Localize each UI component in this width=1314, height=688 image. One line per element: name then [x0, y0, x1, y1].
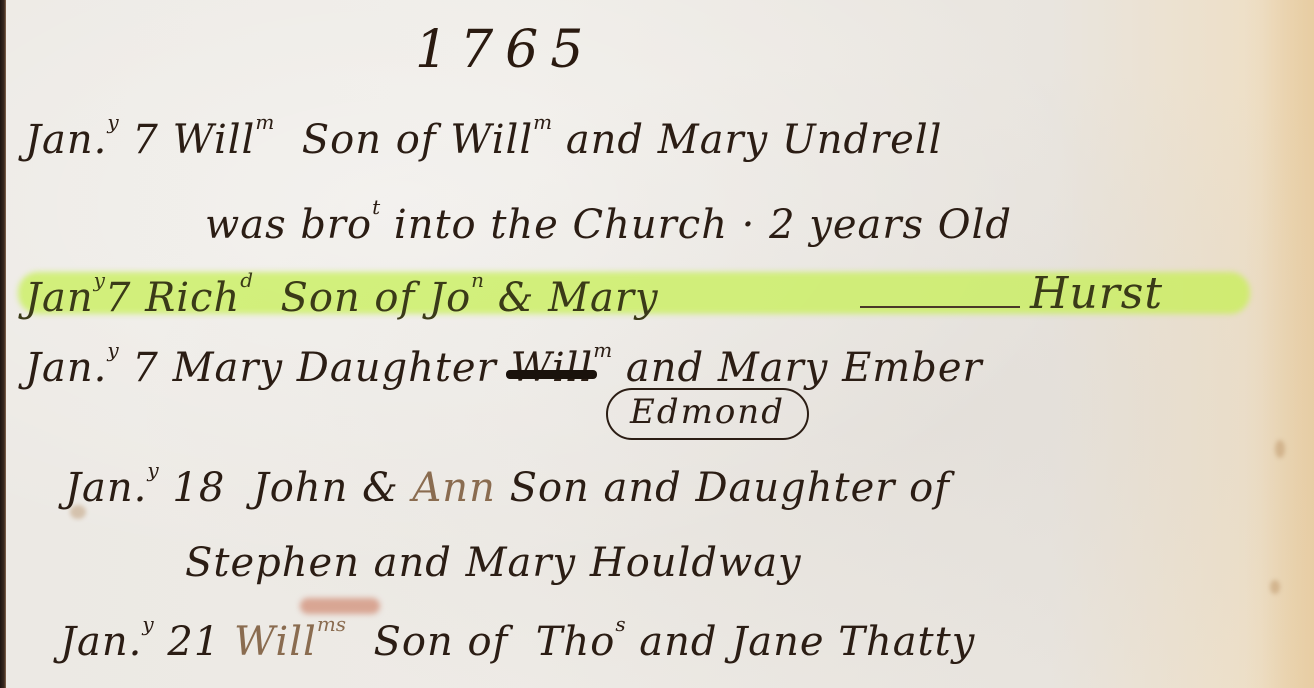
foxing-spot: [1275, 440, 1285, 458]
entry-4-continuation: Stephen and Mary Houldway: [185, 540, 802, 586]
child-name: John &: [253, 465, 399, 511]
entry-day: 7: [105, 275, 131, 321]
entry-1: Jan.y 7 Willm Son of Willm and Mary Undr…: [25, 110, 942, 163]
relation-text: Son of: [373, 619, 508, 665]
entry-date-label: Jan.: [65, 465, 147, 511]
relation-text: Son and Daughter of: [510, 465, 950, 511]
foxing-spot: [1270, 580, 1280, 594]
entry-date-label: Jan: [25, 275, 94, 321]
parents-text: and Mary Ember: [626, 345, 983, 391]
entry-day: 7: [132, 117, 158, 163]
entry-5: Jan.y 21 Willms Son of Thos and Jane Tha…: [60, 612, 975, 665]
struck-out-name: Will: [510, 345, 593, 391]
parents-text: and Mary Undrell: [566, 117, 943, 163]
child-name-faded: Will: [234, 619, 317, 665]
entry-day: 21: [167, 619, 220, 665]
child-name: Mary Daughter: [173, 345, 497, 391]
pen-flourish: [860, 306, 1020, 308]
entry-day: 18: [172, 465, 225, 511]
book-binding-edge: [0, 0, 6, 688]
parents-text: and Jane Thatty: [639, 619, 975, 665]
year-heading: 1765: [415, 20, 595, 80]
entry-4: Jan.y 18 John & Ann Son and Daughter of: [65, 458, 950, 511]
father-name: Tho: [536, 619, 616, 665]
relation-text: Son of Jo: [280, 275, 471, 321]
register-page: 1765 Jan.y 7 Willm Son of Willm and Mary…: [0, 0, 1314, 688]
entry-2-highlighted: Jany7 Richd Son of Jon & Mary: [25, 268, 659, 321]
circled-correction-edmond: Edmond: [606, 388, 809, 440]
child-name-faded: Ann: [412, 465, 495, 511]
parents-text: & Mary: [498, 275, 659, 321]
surname-hurst: Hurst: [1030, 268, 1163, 319]
entry-date-label: Jan.: [25, 117, 107, 163]
relation-text: Son of Will: [302, 117, 533, 163]
entry-date-label: Jan.: [25, 345, 107, 391]
entry-3: Jan.y 7 Mary Daughter Willm and Mary Emb…: [25, 338, 983, 391]
entry-day: 7: [132, 345, 158, 391]
child-name: Rich: [145, 275, 240, 321]
child-name: Will: [173, 117, 256, 163]
entry-1-continuation: was brot into the Church · 2 years Old: [205, 195, 1012, 248]
entry-date-label: Jan.: [60, 619, 142, 665]
